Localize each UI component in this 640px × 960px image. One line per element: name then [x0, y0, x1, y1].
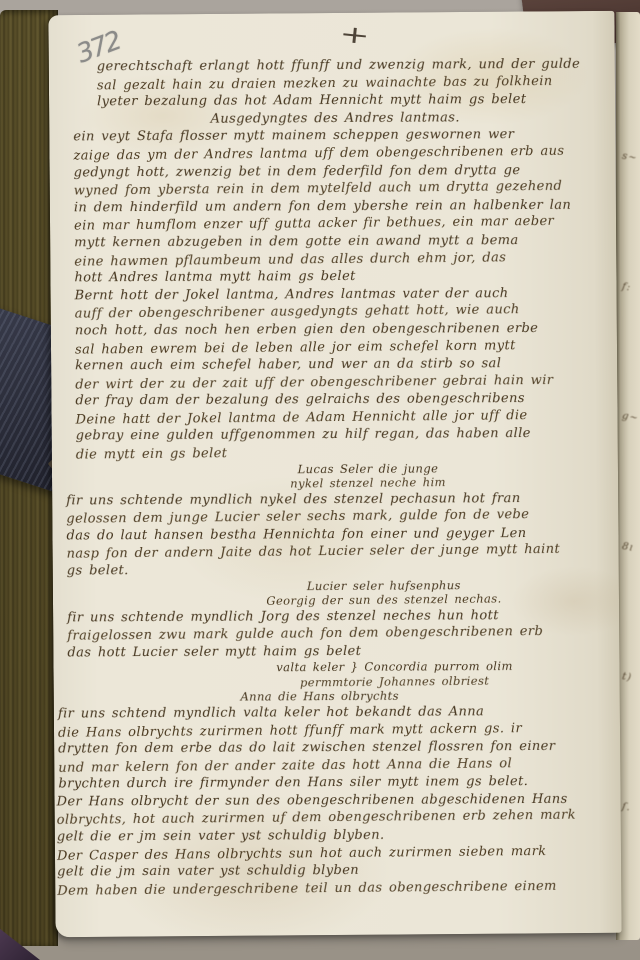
facing-page-ink-mark: s~	[621, 151, 638, 165]
manuscript-line: lyeter bezalung das hot Adam Hennicht my…	[97, 91, 599, 111]
facing-page-ink-mark: ſ.	[621, 801, 632, 813]
manuscript-photo: s~f:g~8ıt)ſ. 372 + gerechtschaft erlangt…	[0, 0, 640, 960]
manuscript-paragraph: fir uns schtend myndlich valta keler hot…	[58, 702, 605, 794]
facing-page-ink-mark: t)	[621, 671, 633, 684]
facing-page-ink-mark: 8ı	[621, 541, 634, 554]
manuscript-paragraph: Bernt hott der Jokel lantma, Andres lant…	[75, 284, 602, 464]
manuscript-paragraph: ein veyt Stafa flosser mytt mainem schep…	[73, 125, 600, 287]
manuscript-paragraph: Lucier seler hufsenphusGeorgig der sun d…	[165, 577, 603, 609]
facing-page-ink-mark: f:	[621, 281, 632, 293]
handwritten-text-block: gerechtschaft erlangt hott ffunff und zw…	[71, 55, 606, 900]
manuscript-paragraph: Lucas Seler die jungenykel stenzel neche…	[134, 460, 602, 493]
manuscript-paragraph: fir uns schtende myndlich Jorg des stenz…	[67, 606, 603, 663]
manuscript-paragraph: fir uns schtende myndlich nykel des sten…	[66, 489, 603, 581]
manuscript-paragraph: valta keler } Concordia purrom olimpermm…	[185, 658, 603, 690]
manuscript-paragraph: Der Hans olbrycht der sun des obengeschr…	[57, 790, 606, 900]
manuscript-paragraph: gerechtschaft erlangt hott ffunff und zw…	[97, 55, 599, 112]
manuscript-page: 372 + gerechtschaft erlangt hott ffunff …	[48, 11, 621, 937]
cross-icon: +	[338, 19, 371, 50]
facing-page-ink-mark: g~	[621, 411, 639, 425]
